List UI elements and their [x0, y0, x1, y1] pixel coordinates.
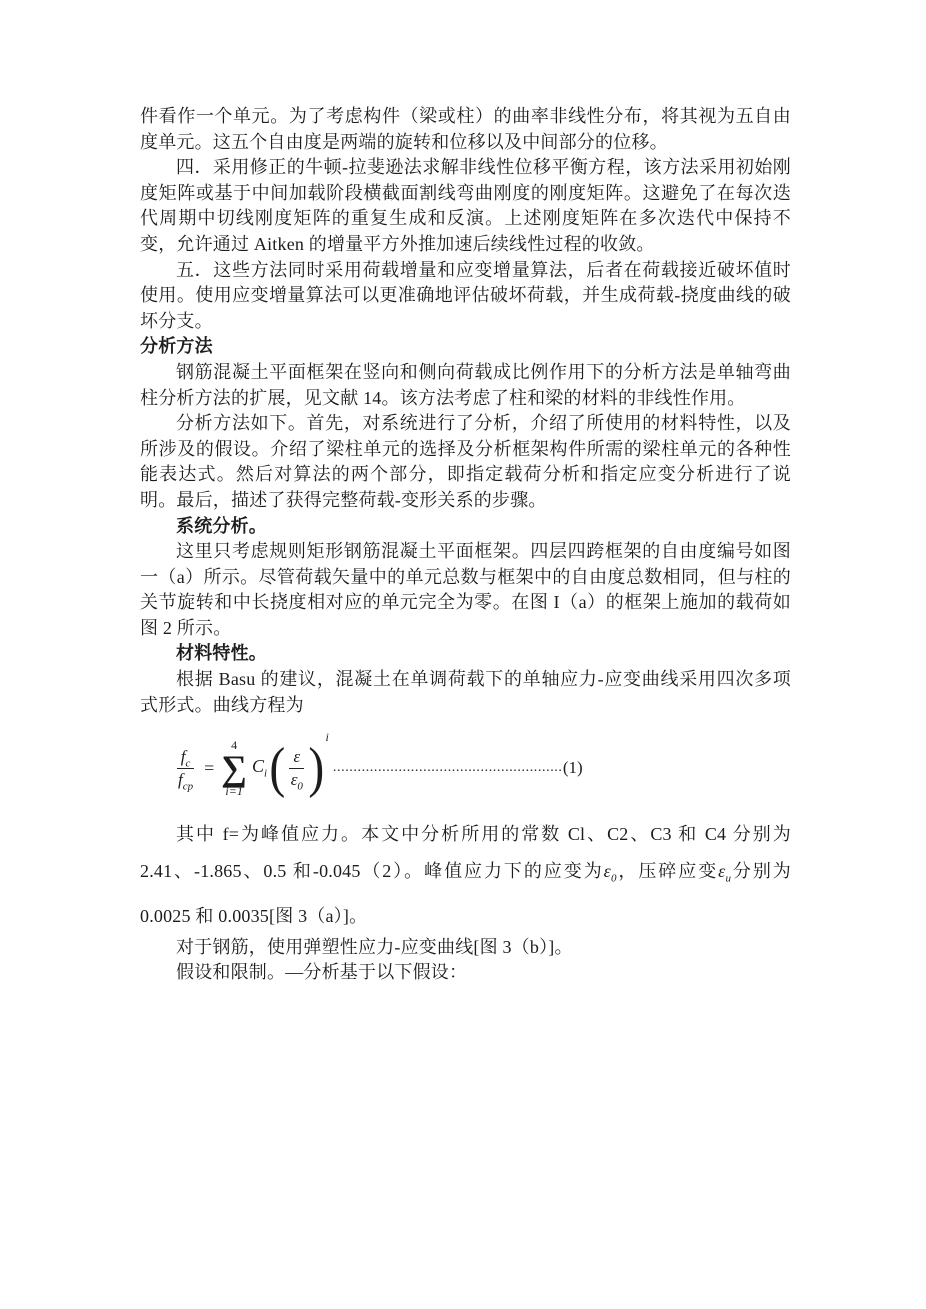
equation-lhs-fraction: fc fcp: [174, 746, 197, 792]
document-content: 件看作一个单元。为了考虑构件（梁或柱）的曲率非线性分布，将其视为五自由度单元。这…: [140, 104, 791, 986]
epsilon-0-symbol: ε0: [604, 861, 617, 881]
paragraph-constants: 其中 f=为峰值应力。本文中分析所用的常数 Cl、C2、C3 和 C4 分别为 …: [140, 816, 791, 935]
paragraph-frame-dof: 这里只考虑规则矩形钢筋混凝土平面框架。四层四跨框架的自由度编号如图一（a）所示。…: [140, 539, 791, 641]
paragraph-basu-curve: 根据 Basu 的建议，混凝土在单调荷载下的单轴应力-应变曲线采用四次多项式形式…: [140, 667, 791, 718]
summation-symbol: 4 ∑ i=1: [221, 739, 247, 797]
paragraph-assumptions: 假设和限制。—分析基于以下假设：: [140, 960, 791, 986]
equation-exponent: i: [326, 730, 329, 745]
heading-system-analysis: 系统分析。: [140, 514, 791, 540]
paragraph-method-overview: 分析方法如下。首先，对系统进行了分析，介绍了所使用的材料特性，以及所涉及的假设。…: [140, 411, 791, 513]
epsilon-u-symbol: εu: [718, 861, 731, 881]
strain-denominator: ε0: [287, 769, 307, 791]
equation-lhs-numerator: fc: [177, 746, 195, 769]
equation-strain-fraction: ε ε0: [287, 746, 307, 792]
paragraph-steel: 对于钢筋，使用弹塑性应力-应变曲线[图 3（b）]。: [140, 935, 791, 961]
heading-analysis-method: 分析方法: [140, 334, 791, 360]
heading-material-properties: 材料特性。: [140, 641, 791, 667]
open-paren: (: [269, 743, 285, 793]
paragraph-dof-element: 件看作一个单元。为了考虑构件（梁或柱）的曲率非线性分布，将其视为五自由度单元。这…: [140, 104, 791, 155]
close-paren: ): [308, 743, 324, 793]
equals-sign: =: [204, 758, 214, 779]
paragraph-load-strain-increment: 五．这些方法同时采用荷载增量和应变增量算法，后者在荷载接近破坏值时使用。使用应变…: [140, 258, 791, 335]
equation-lhs-denominator: fcp: [174, 769, 197, 791]
document-page: 件看作一个单元。为了考虑构件（梁或柱）的曲率非线性分布，将其视为五自由度单元。这…: [0, 0, 926, 1309]
equation-coefficient: Ci: [252, 756, 267, 780]
dotted-leader: ........................................…: [333, 760, 563, 776]
summation-lower-limit: i=1: [225, 785, 242, 797]
paragraph-rc-frame-method: 钢筋混凝土平面框架在竖向和侧向荷载成比例作用下的分析方法是单轴弯曲柱分析方法的扩…: [140, 360, 791, 411]
strain-numerator: ε: [289, 746, 304, 769]
paragraph-newton-raphson: 四．采用修正的牛顿-拉斐逊法求解非线性位移平衡方程，该方法采用初始刚度矩阵或基于…: [140, 155, 791, 257]
equation-1: fc fcp = 4 ∑ i=1 Ci ( ε ε0 ) i .........…: [174, 724, 791, 812]
sigma-icon: ∑: [221, 751, 247, 785]
equation-number: (1): [563, 758, 583, 778]
